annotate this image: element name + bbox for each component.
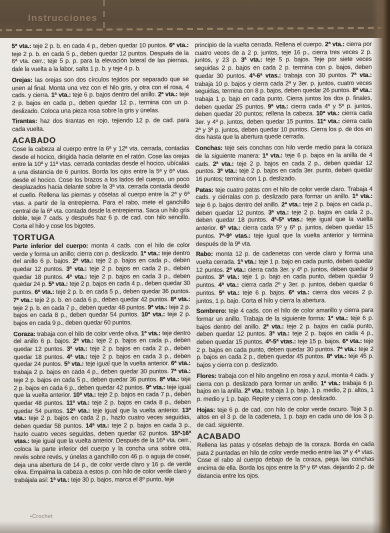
- run-text: teje 6 p. de cad. con hilo de color verd…: [197, 406, 374, 429]
- paragraph: Patas: teje cuatro patas con el hilo de …: [196, 186, 373, 249]
- paper: 5ª vta.: teje 2 p. b. en cada 4 p., debe…: [0, 38, 390, 533]
- run-label: 1ª vta.:: [328, 315, 348, 322]
- run-label: 6ª vta.:: [171, 360, 191, 367]
- text-column-left: 5ª vta.: teje 2 p. b. en cada 4 p., debe…: [12, 42, 192, 488]
- paragraph: Flores: trabaja con el hilo angelino en …: [197, 372, 374, 404]
- run-label: 4ª-5ª vtas.:: [271, 217, 303, 224]
- section-heading: TORTUGA: [13, 233, 190, 242]
- run-label: 5ª vta.:: [48, 281, 67, 288]
- run-label: 6ª vta.:: [169, 42, 189, 49]
- run-label: Rabo:: [196, 251, 213, 258]
- run-text: teje 2 p. b. en cada 4 p., deben quedar …: [31, 42, 169, 50]
- run-label: 1ª vta.:: [352, 193, 372, 200]
- run-label: 2ª vta.:: [325, 41, 345, 48]
- run-label: 5ª vta.:: [12, 43, 32, 50]
- run-label: 11ª vta.:: [66, 400, 89, 407]
- run-label: Orejas:: [12, 77, 33, 84]
- run-label: 6ª vta.:: [220, 225, 240, 232]
- run-label: 3ª vta.:: [67, 346, 88, 353]
- scanned-instructions-page: Instrucciones 5ª vta.: teje 2 p. b. en c…: [0, 0, 390, 533]
- run-label: 2ª vta.:: [73, 338, 94, 345]
- run-label: Conchas:: [195, 145, 222, 152]
- run-text: teje 30 p. bajos, marca el 8º punto, tej…: [69, 476, 174, 484]
- footer-mark: •Crochet: [30, 514, 53, 520]
- paragraph: Hojas: teje 6 p. de cad. con hilo de col…: [197, 406, 374, 430]
- run-label: 12ª vta.:: [66, 407, 90, 414]
- run-label: Flores:: [197, 373, 217, 380]
- run-label: 3ª vta.:: [219, 274, 240, 281]
- paragraph: Rabo: monta 12 p. de cadenetas con verde…: [196, 250, 373, 305]
- paragraph: Conchas: teje seis conchas con hilo verd…: [195, 144, 372, 184]
- run-label: 1ª vta.:: [51, 92, 71, 99]
- paragraph: Parte inferior del cuerpo: monta 4 cads.…: [13, 242, 191, 328]
- run-text: teje 6 p. bajos dentro del anillo.: [196, 202, 282, 210]
- run-label: 7ª vta.:: [13, 297, 33, 304]
- run-label: 4ª vta.:: [66, 273, 87, 280]
- run-label: 1ª vta.:: [262, 152, 282, 159]
- run-label: 2ª vta.:: [244, 388, 263, 395]
- run-label: 3ª vta.:: [217, 168, 237, 175]
- run-text: teje 2 p. b. en cada 5 p., deben quedar …: [12, 50, 189, 73]
- paragraph: Sombrero: teje 4 cads. con el hilo de co…: [196, 307, 373, 370]
- run-label: 8ª vta.:: [171, 296, 191, 303]
- run-text: Rellena las patas y cóselas debajo de la…: [197, 441, 374, 480]
- header-divider-horizontal: [0, 27, 390, 31]
- run-label: 2ª vta.:: [213, 160, 234, 167]
- run-label: 3ª vta.:: [241, 57, 262, 64]
- run-label: 14ª vta.:: [86, 423, 110, 430]
- paragraph: 5ª vta.: teje 2 p. b. en cada 4 p., debe…: [12, 42, 189, 74]
- run-text: haz dos tirantas en rojo, tejiendo 12 p.…: [12, 117, 189, 133]
- run-label: Patas:: [196, 187, 214, 194]
- run-label: 5ª vta.:: [64, 361, 84, 368]
- run-text: teje 6 p. bajos dentro del anillo.: [71, 91, 158, 99]
- paragraph: principio de la vuelta cerrada. Rellena …: [195, 41, 373, 142]
- run-text: teje 2 p. bajos en cada 5 p., deben qued…: [14, 376, 160, 384]
- run-label: 2ª vta.:: [73, 258, 94, 265]
- run-label: 7ª vta.:: [337, 346, 357, 353]
- run-label: 8ª vta.:: [160, 376, 180, 383]
- section-heading: ACABADO: [197, 432, 374, 441]
- run-label: 9ª vta.:: [268, 103, 289, 110]
- run-text: teje igual que la vuelta anterior.: [90, 407, 182, 415]
- run-text: teje 2 p. b. en cada 5 p., deben quedar …: [54, 288, 190, 296]
- run-text: teje cuatro patas con el hilo de color v…: [196, 186, 373, 202]
- run-text: teje 2 p. b. en cada 6 p., deben quedar …: [33, 296, 171, 304]
- run-label: 7ª vta.:: [351, 72, 372, 79]
- run-label: 3ª vta.:: [66, 266, 87, 273]
- run-label: 3ª vta.:: [268, 209, 289, 216]
- run-text: teje 6 p. bajos.: [240, 289, 289, 296]
- run-label: 9ª vta.:: [146, 384, 165, 391]
- run-label: 9ª vta.:: [148, 304, 168, 311]
- run-label: 1ª vta.:: [140, 250, 160, 257]
- paragraph: Cose la cabeza al cuerpo entre la 6ª y 1…: [12, 145, 190, 231]
- run-text: teje 15 p. bajos.: [296, 338, 342, 345]
- header-divider-vertical: [103, 0, 105, 28]
- section-heading: ACABADO: [12, 136, 189, 145]
- run-label: 6ª vta.:: [289, 289, 310, 296]
- run-label: Tirantas:: [12, 118, 37, 125]
- run-label: Hojas:: [197, 407, 215, 414]
- run-label: 10ª vta.:: [316, 110, 339, 117]
- run-label: 8ª vta.:: [327, 353, 347, 360]
- run-label: 10ª vta.:: [73, 392, 96, 399]
- run-label: 4ª-6ª vtas.:: [249, 72, 281, 79]
- run-label: 8ª vta.:: [352, 87, 371, 94]
- run-label: 2ª vta.:: [226, 266, 246, 273]
- run-label: Sombrero:: [196, 308, 226, 315]
- run-label: 6ª vta.:: [342, 338, 362, 345]
- run-label: 4ª-5ª vtas.:: [265, 338, 295, 345]
- run-text: trabaja 10 p. bajos y cierra cada 2ª y 3…: [195, 79, 372, 95]
- run-label: 1ª vta.:: [321, 380, 341, 387]
- page-title: Instrucciones: [28, 13, 98, 24]
- run-label: 4ª vta.:: [218, 282, 238, 289]
- text-columns: 5ª vta.: teje 2 p. b. en cada 4 p., debe…: [12, 41, 374, 488]
- paragraph: Coraza: trabaja con el hilo de color ver…: [13, 330, 191, 485]
- page-header: Instrucciones: [0, 0, 390, 38]
- paragraph: Orejas: las orejas son dos círculos teji…: [12, 76, 189, 116]
- run-label: Parte inferior del cuerpo:: [13, 243, 88, 250]
- run-text: trabaja 2 p. bajos en cada 4 p., deben q…: [14, 368, 171, 376]
- run-text: trabaja con 30 puntos.: [281, 72, 351, 79]
- run-text: Cose la cabeza al cuerpo entre la 6ª y 1…: [12, 145, 189, 230]
- run-label: 5ª vta.:: [219, 290, 240, 297]
- run-text: principio de la vuelta cerrada. Rellena …: [195, 41, 325, 49]
- run-text: teje igual que la vuelta anterior.: [84, 361, 171, 369]
- run-label: Coraza:: [13, 331, 35, 338]
- run-label: 1ª vta.:: [141, 330, 161, 337]
- text-column-right: principio de la vuelta cerrada. Rellena …: [195, 41, 375, 487]
- run-label: 2ª vta.:: [281, 201, 301, 208]
- run-label: 2ª vta.:: [263, 323, 284, 330]
- run-label: 11ª vta.:: [317, 118, 340, 125]
- paragraph: Rellena las patas y cóselas debajo de la…: [197, 441, 374, 481]
- run-label: 3ª vta.:: [269, 331, 290, 338]
- paragraph: Tirantas: haz dos tirantas en rojo, teji…: [12, 117, 189, 133]
- run-label: 1ª vta.:: [237, 259, 257, 266]
- run-label: 7ª vta.:: [171, 368, 191, 375]
- run-label: 6ª vta.:: [35, 289, 55, 296]
- run-label: 7ª-9ª vtas.:: [219, 233, 251, 240]
- run-label: 10ª vta.:: [141, 311, 165, 318]
- run-label: 4ª vta.:: [67, 353, 88, 360]
- run-label: 1ª vta.:: [50, 477, 69, 484]
- run-label: 2ª vta.:: [158, 91, 178, 98]
